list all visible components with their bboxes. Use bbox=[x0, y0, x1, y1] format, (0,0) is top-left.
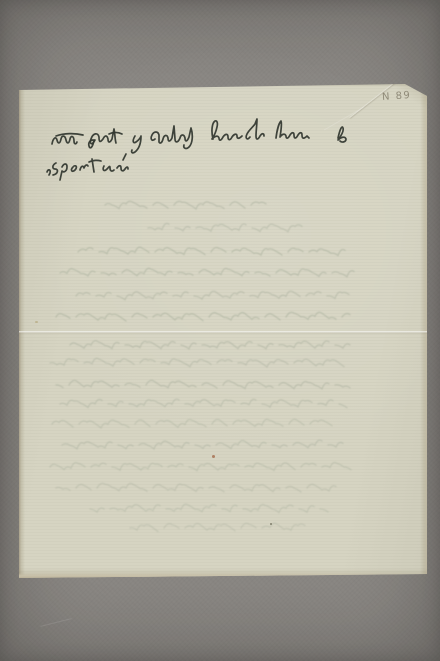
foxing-speck bbox=[212, 455, 215, 458]
handwriting-line-1 bbox=[52, 119, 346, 153]
letter-page: N 89 bbox=[19, 84, 427, 578]
fold-crease bbox=[19, 331, 427, 334]
handwriting-block bbox=[19, 84, 427, 204]
paper-speck bbox=[35, 321, 38, 323]
ink-speck bbox=[270, 523, 272, 525]
handwriting-line-2 bbox=[47, 154, 128, 180]
photograph-backdrop: N 89 bbox=[0, 0, 440, 661]
